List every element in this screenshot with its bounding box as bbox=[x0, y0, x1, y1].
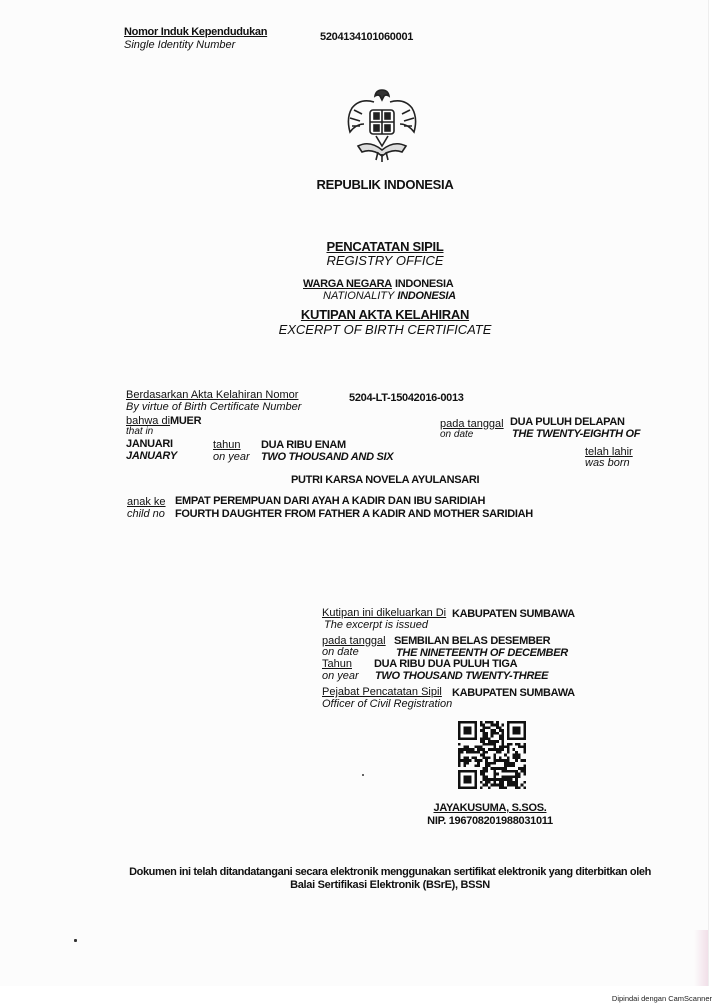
camscanner-watermark: Dipindai dengan CamScanner bbox=[612, 994, 712, 1003]
child-no-value-en: FOURTH DAUGHTER FROM FATHER A KADIR AND … bbox=[175, 509, 533, 521]
nationality-row-en: NATIONALITY INDONESIA bbox=[323, 291, 456, 303]
child-no-label-id: anak ke bbox=[127, 497, 166, 509]
nationality-value-id: INDONESIA bbox=[395, 278, 453, 290]
issue-year-label-en: on year bbox=[322, 671, 359, 683]
child-no-label-en: child no bbox=[127, 509, 165, 521]
birth-year-label-id: tahun bbox=[213, 440, 241, 452]
scan-speck bbox=[74, 939, 77, 942]
nik-label-id: Nomor Induk Kependudukan bbox=[124, 27, 267, 39]
child-no-value-id: EMPAT PEREMPUAN DARI AYAH A KADIR DAN IB… bbox=[175, 496, 485, 508]
child-name: PUTRI KARSA NOVELA AYULANSARI bbox=[291, 475, 479, 487]
page-edge-shadow bbox=[694, 930, 708, 986]
issue-year-en: TWO THOUSAND TWENTY-THREE bbox=[375, 671, 548, 683]
officer-label-en: Officer of Civil Registration bbox=[322, 699, 452, 711]
scanned-page: Nomor Induk Kependudukan Single Identity… bbox=[0, 0, 709, 986]
issued-label-id: Kutipan ini dikeluarkan Di bbox=[322, 608, 446, 620]
nationality-label-en: NATIONALITY bbox=[323, 290, 394, 302]
birth-day-en: THE TWENTY-EIGHTH OF bbox=[512, 429, 640, 441]
birth-year-label-en: on year bbox=[213, 452, 250, 464]
officer-place: KABUPATEN SUMBAWA bbox=[452, 688, 575, 700]
birth-date-label-en: on date bbox=[440, 430, 473, 441]
scan-speck bbox=[362, 774, 364, 776]
footer-line-1: Dokumen ini telah ditandatangani secara … bbox=[110, 867, 670, 879]
issue-year-label-id: Tahun bbox=[322, 659, 352, 671]
footer-line-2: Balai Sertifikasi Elektronik (BSrE), BSS… bbox=[110, 880, 670, 892]
doc-title-id: KUTIPAN AKTA KELAHIRAN bbox=[270, 308, 500, 322]
cert-label-en: By virtue of Birth Certificate Number bbox=[126, 402, 301, 414]
place-label-en: that in bbox=[126, 427, 153, 438]
doc-title-en: EXCERPT OF BIRTH CERTIFICATE bbox=[270, 323, 500, 337]
officer-label-id: Pejabat Pencatatan Sipil bbox=[322, 687, 442, 699]
nik-value: 5204134101060001 bbox=[320, 32, 413, 44]
office-title-id: PENCATATAN SIPIL bbox=[285, 240, 485, 254]
qr-code-icon bbox=[458, 721, 526, 789]
issue-date-label-en: on date bbox=[322, 647, 359, 659]
cert-number: 5204-LT-15042016-0013 bbox=[349, 393, 464, 405]
birth-day-id: DUA PULUH DELAPAN bbox=[510, 417, 625, 429]
nationality-value-en: INDONESIA bbox=[397, 290, 455, 302]
issued-label-en: The excerpt is issued bbox=[324, 620, 428, 632]
nik-label-en: Single Identity Number bbox=[124, 40, 235, 52]
birth-year-en: TWO THOUSAND AND SIX bbox=[261, 452, 393, 464]
country-name: REPUBLIK INDONESIA bbox=[290, 178, 480, 192]
born-label-en: was born bbox=[585, 458, 630, 470]
issue-date-id: SEMBILAN BELAS DESEMBER bbox=[394, 636, 550, 648]
issue-year-id: DUA RIBU DUA PULUH TIGA bbox=[374, 659, 517, 671]
nationality-row-id: WARGA NEGARA INDONESIA bbox=[303, 279, 453, 291]
nationality-label-id: WARGA NEGARA bbox=[303, 278, 392, 290]
birth-month-id: JANUARI bbox=[126, 439, 173, 451]
place-value: MUER bbox=[170, 415, 201, 427]
signatory-name: JAYAKUSUMA, S.SOS. bbox=[400, 803, 580, 815]
cert-label-id: Berdasarkan Akta Kelahiran Nomor bbox=[126, 390, 298, 402]
garuda-emblem-icon bbox=[340, 84, 424, 164]
issued-place: KABUPATEN SUMBAWA bbox=[452, 609, 575, 621]
birth-year-id: DUA RIBU ENAM bbox=[261, 440, 346, 452]
signatory-nip: NIP. 196708201988031011 bbox=[400, 816, 580, 828]
birth-month-en: JANUARY bbox=[126, 451, 177, 463]
office-title-en: REGISTRY OFFICE bbox=[285, 254, 485, 268]
